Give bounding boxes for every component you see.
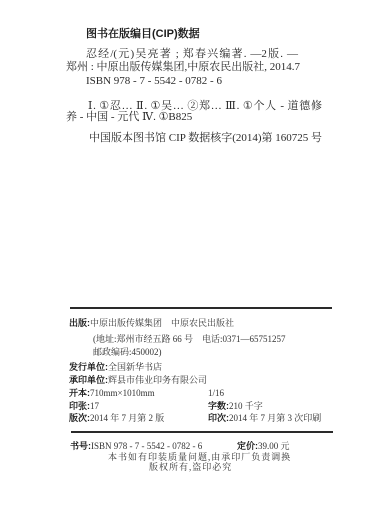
sheets-value: 17: [90, 401, 99, 411]
divider-bottom: [71, 431, 333, 433]
cip-line-title: 忍经/(元)吴亮著 ; 郑春兴编著. —2版. —: [86, 48, 298, 61]
word-count-label: 字数:: [208, 401, 229, 411]
imprint-publisher: 出版:中原出版传媒集团 中原农民出版社: [69, 317, 234, 329]
imprint-address: (地址:郑州市经五路 66 号 电话:0371—65751257: [93, 333, 286, 345]
publisher-value: 中原出版传媒集团 中原农民出版社: [90, 318, 234, 328]
format-label: 开本:: [69, 388, 90, 398]
imprint-postcode: 邮政编码:450002): [93, 346, 162, 358]
cip-record-number: 中国版本图书馆 CIP 数据核字(2014)第 160725 号: [89, 132, 303, 145]
edition-value: 2014 年 7 月第 2 版: [90, 413, 164, 423]
imprint-word-count: 字数:210 千字: [208, 400, 263, 412]
format-fraction: 1/16: [208, 387, 224, 399]
publisher-label: 出版:: [69, 318, 90, 328]
imprint-edition: 版次:2014 年 7 月第 2 版: [69, 412, 164, 424]
imprint-format: 开本:710mm×1010mm: [69, 387, 155, 399]
rights-notice: 版权所有,盗印必究: [149, 461, 232, 473]
price-label: 定价:: [237, 441, 258, 451]
cip-line-isbn: ISBN 978 - 7 - 5542 - 0782 - 6: [86, 75, 222, 88]
printer-label: 承印单位:: [69, 375, 108, 385]
cip-line-publisher: 郑州 : 中原出版传媒集团,中原农民出版社, 2014.7: [66, 61, 298, 74]
imprint-printing: 印次:2014 年 7 月第 3 次印刷: [208, 412, 321, 424]
cip-line-classification: 养 - 中国 - 元代 Ⅳ. ①B825: [66, 111, 192, 124]
printing-value: 2014 年 7 月第 3 次印刷: [229, 413, 321, 423]
isbn-value: ISBN 978 - 7 - 5542 - 0782 - 6: [91, 441, 202, 451]
imprint-sheets: 印张:17: [69, 400, 99, 412]
cip-heading: 图书在版编目(CIP)数据: [86, 28, 200, 41]
distributor-value: 全国新华书店: [108, 362, 162, 372]
distributor-label: 发行单位:: [69, 362, 108, 372]
word-count-value: 210 千字: [229, 401, 263, 411]
price-value: 39.00 元: [258, 441, 290, 451]
format-value: 710mm×1010mm: [90, 388, 155, 398]
divider-top: [70, 307, 332, 309]
edition-label: 版次:: [69, 413, 90, 423]
copyright-page: 图书在版编目(CIP)数据 忍经/(元)吴亮著 ; 郑春兴编著. —2版. — …: [0, 0, 375, 528]
printing-label: 印次:: [208, 413, 229, 423]
isbn-label: 书号:: [70, 441, 91, 451]
sheets-label: 印张:: [69, 401, 90, 411]
imprint-printer: 承印单位:辉县市伟业印务有限公司: [69, 374, 207, 386]
imprint-distributor: 发行单位:全国新华书店: [69, 361, 162, 373]
printer-value: 辉县市伟业印务有限公司: [108, 375, 207, 385]
